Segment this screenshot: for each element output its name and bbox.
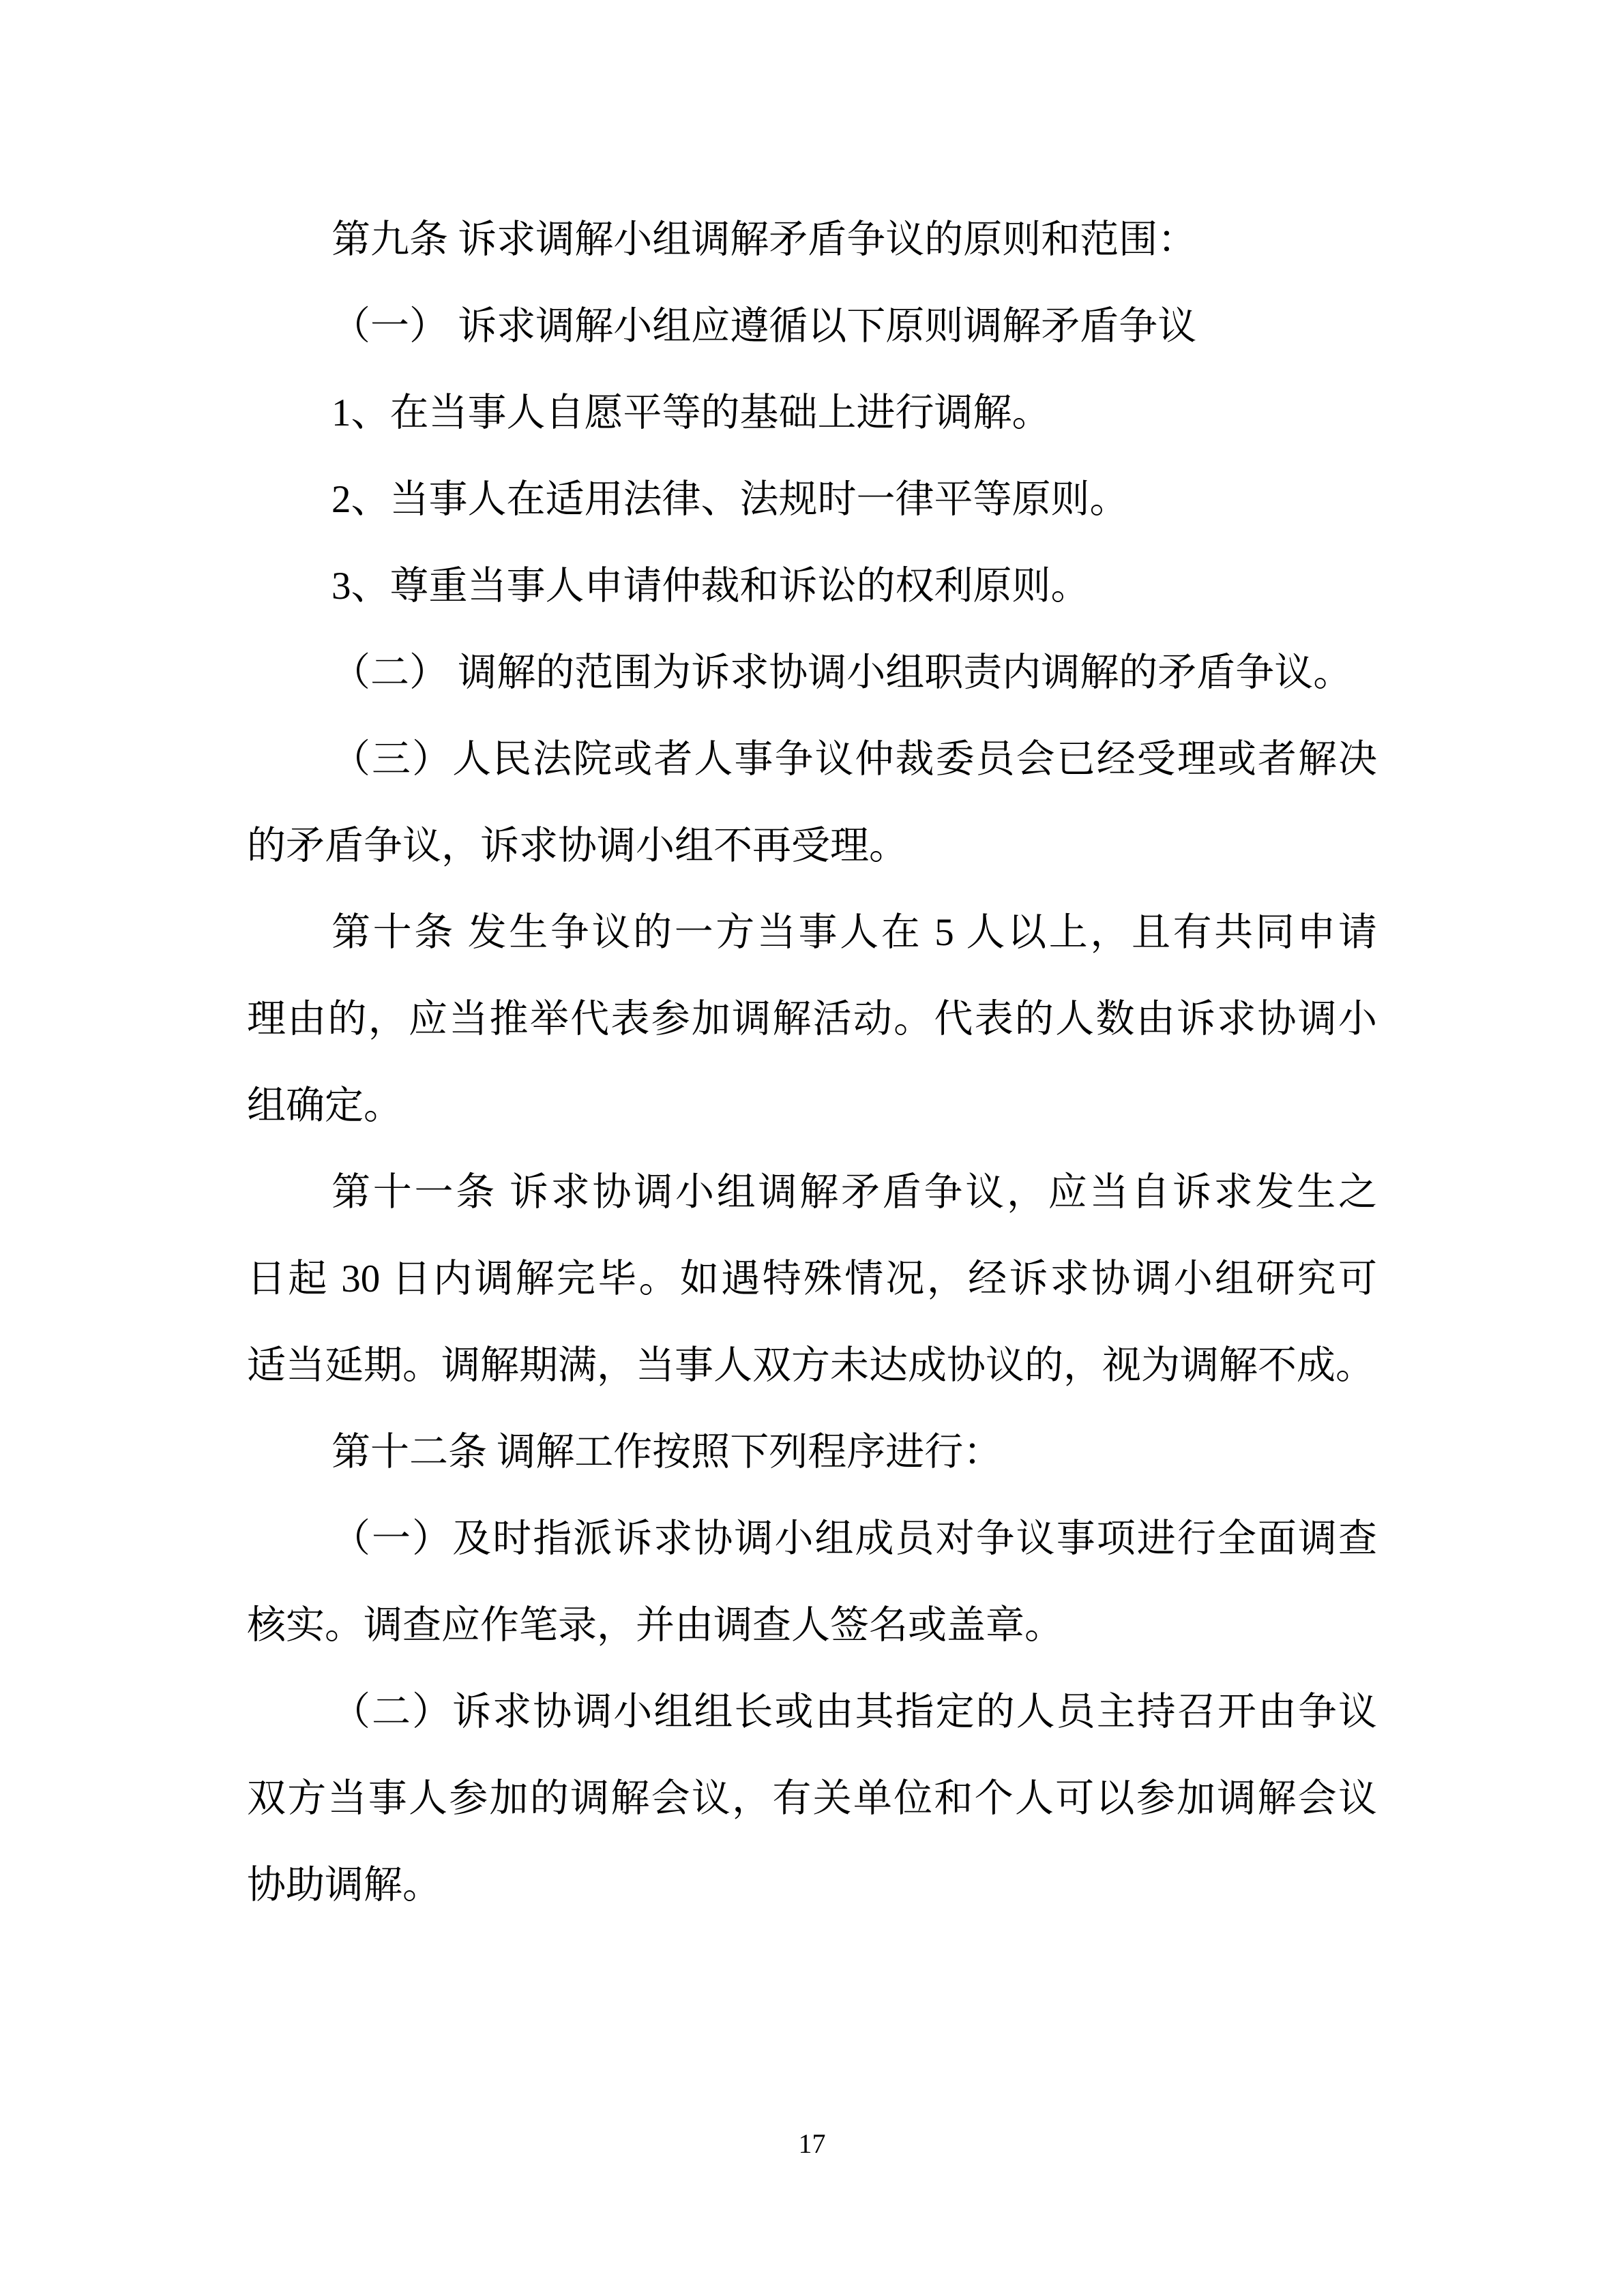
text-line: 第九条 诉求调解小组调解矛盾争议的原则和范围：	[247, 196, 1377, 283]
text-line: 第十一条 诉求协调小组调解矛盾争议，应当自诉求发生之	[247, 1149, 1377, 1236]
text-line: （二）诉求协调小组组长或由其指定的人员主持召开由争议	[247, 1669, 1377, 1755]
text-line: 第十二条 调解工作按照下列程序进行：	[247, 1409, 1377, 1495]
text-line: （一）及时指派诉求协调小组成员对争议事项进行全面调查	[247, 1495, 1377, 1582]
text-line: （三）人民法院或者人事争议仲裁委员会已经受理或者解决	[247, 716, 1377, 803]
document-body: 第九条 诉求调解小组调解矛盾争议的原则和范围：（一） 诉求调解小组应遵循以下原则…	[247, 196, 1377, 1928]
text-line: 1、在当事人自愿平等的基础上进行调解。	[247, 370, 1377, 456]
text-line: 双方当事人参加的调解会议，有关单位和个人可以参加调解会议	[247, 1755, 1377, 1842]
text-line: 核实。调查应作笔录，并由调查人签名或盖章。	[247, 1582, 1377, 1669]
text-line: （一） 诉求调解小组应遵循以下原则调解矛盾争议	[247, 283, 1377, 370]
text-line: 适当延期。调解期满，当事人双方未达成协议的，视为调解不成。	[247, 1322, 1377, 1409]
text-line: 组确定。	[247, 1062, 1377, 1149]
page-number: 17	[799, 2128, 826, 2159]
text-line: 理由的，应当推举代表参加调解活动。代表的人数由诉求协调小	[247, 976, 1377, 1062]
document-page: 第九条 诉求调解小组调解矛盾争议的原则和范围：（一） 诉求调解小组应遵循以下原则…	[0, 0, 1624, 2296]
text-line: 协助调解。	[247, 1842, 1377, 1928]
page-footer: 17	[0, 2129, 1624, 2159]
text-line: （二） 调解的范围为诉求协调小组职责内调解的矛盾争议。	[247, 629, 1377, 716]
text-line: 的矛盾争议，诉求协调小组不再受理。	[247, 803, 1377, 889]
text-line: 日起 30 日内调解完毕。如遇特殊情况，经诉求协调小组研究可	[247, 1236, 1377, 1322]
text-line: 第十条 发生争议的一方当事人在 5 人以上，且有共同申请	[247, 889, 1377, 976]
text-line: 2、当事人在适用法律、法规时一律平等原则。	[247, 456, 1377, 543]
text-line: 3、尊重当事人申请仲裁和诉讼的权利原则。	[247, 543, 1377, 629]
